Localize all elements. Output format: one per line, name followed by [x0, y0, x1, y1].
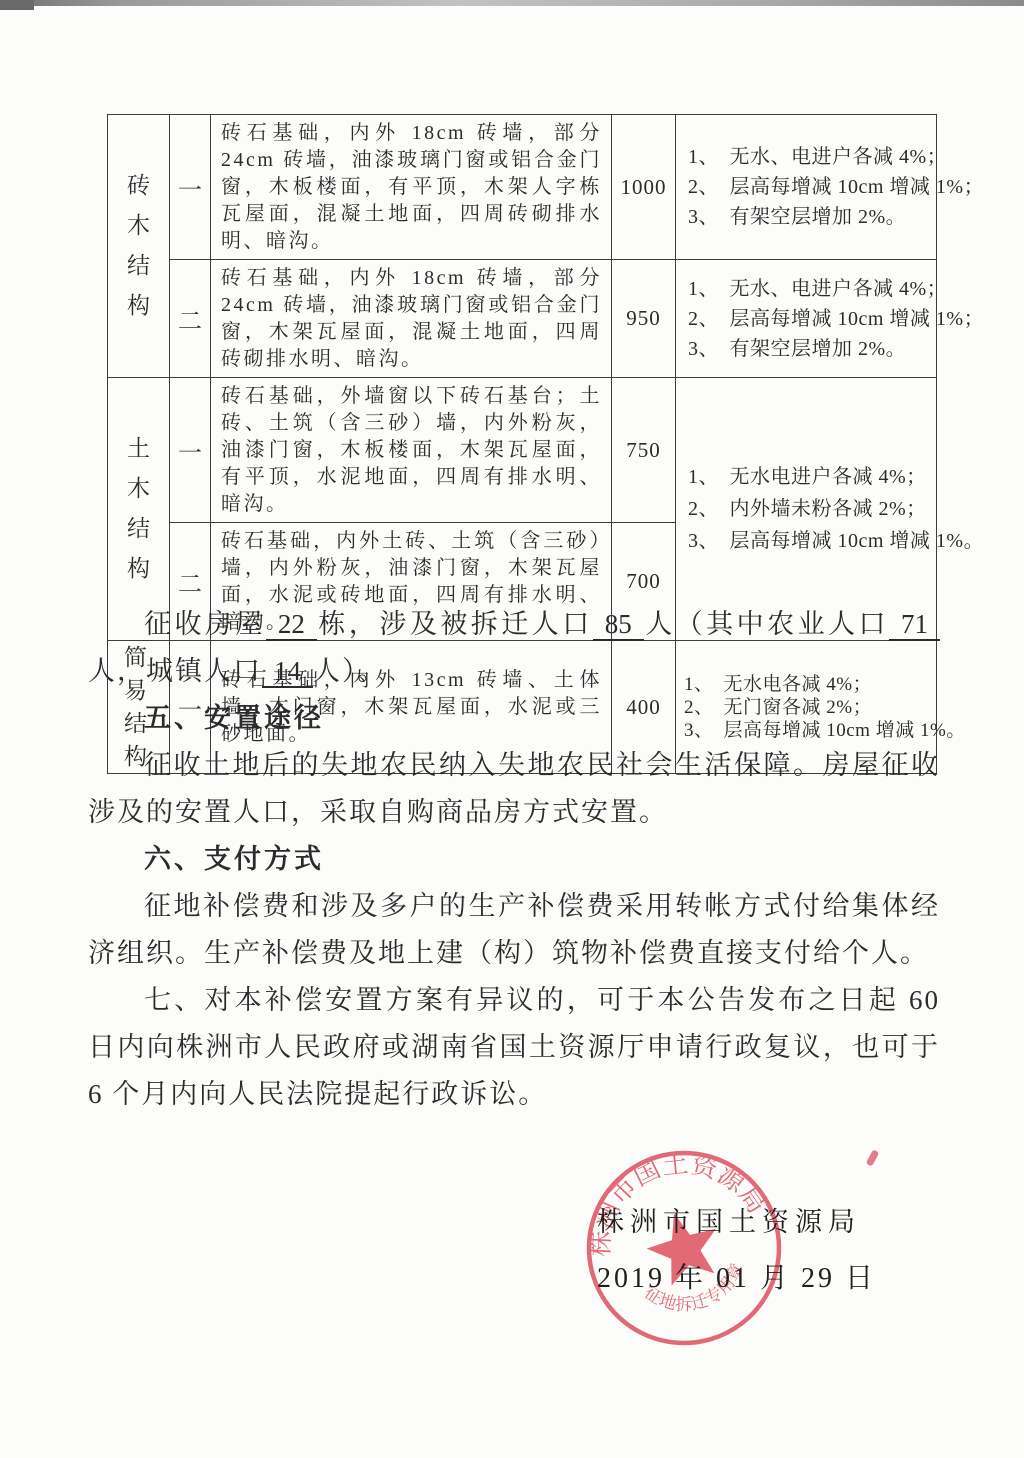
description-cell: 砖石基础，内外 18cm 砖墙，部分 24cm 砖墙，油漆玻璃门窗或铝合金门窗，…: [211, 115, 612, 260]
adjustment-line: 1、 无水、电进户各减 4%；: [688, 142, 934, 172]
grade-cell: 一: [170, 115, 211, 260]
census-text: 栋，涉及被拆迁人口: [317, 609, 593, 639]
table-row: 砖木结构 一 砖石基础，内外 18cm 砖墙，部分 24cm 砖墙，油漆玻璃门窗…: [108, 115, 937, 260]
seal-ink-smudge: [866, 1149, 880, 1166]
urban-count: 14: [262, 656, 313, 688]
price-cell: 1000: [612, 115, 676, 260]
scan-artifact-corner: [0, 0, 34, 10]
census-paragraph: 征收房屋22栋，涉及被拆迁人口85人（其中农业人口71人，城镇人口14人）。: [88, 601, 940, 695]
grade-cell: 一: [170, 378, 211, 523]
adjustment-line: 1、 无水、电进户各减 4%；: [688, 274, 934, 304]
agricultural-count: 71: [889, 609, 940, 641]
buildings-count: 22: [266, 609, 317, 641]
description-text: 砖石基础，外墙窗以下砖石基台；土砖、土筑（含三砂）墙，内外粉灰，油漆门窗，木板楼…: [211, 378, 611, 522]
adjustment-line: 2、 层高每增减 10cm 增减 1%；: [688, 304, 934, 334]
issue-date: 2019 年 01 月 29 日: [597, 1256, 876, 1296]
grade-cell: 二: [170, 260, 211, 378]
signature-block: 株洲市国土资源局 2019 年 01 月 29 日: [597, 1200, 876, 1296]
issuing-authority: 株洲市国土资源局: [597, 1200, 876, 1239]
adjustment-line: 3、 层高每增减 10cm 增减 1%。: [688, 525, 934, 557]
description-text: 砖石基础，内外 18cm 砖墙，部分 24cm 砖墙，油漆玻璃门窗或铝合金门窗，…: [211, 260, 611, 377]
census-text: 征收房屋: [144, 609, 266, 639]
section-heading-5: 五、安置途径: [88, 695, 940, 742]
census-text: 人）。: [313, 656, 387, 686]
price-cell: 750: [612, 378, 676, 523]
people-count: 85: [593, 609, 644, 641]
document-page: 砖木结构 一 砖石基础，内外 18cm 砖墙，部分 24cm 砖墙，油漆玻璃门窗…: [0, 0, 1024, 1458]
paragraph-payment: 征地补偿费和涉及多户的生产补偿费采用转帐方式付给集体经济组织。生产补偿费及地上建…: [88, 883, 940, 977]
paragraph-objection: 七、对本补偿安置方案有异议的，可于本公告发布之日起 60 日内向株洲市人民政府或…: [88, 977, 940, 1118]
adjustments-cell: 1、 无水、电进户各减 4%； 2、 层高每增减 10cm 增减 1%； 3、 …: [676, 115, 937, 260]
description-cell: 砖石基础，内外 18cm 砖墙，部分 24cm 砖墙，油漆玻璃门窗或铝合金门窗，…: [211, 260, 612, 378]
adjustment-line: 2、 内外墙未粉各减 2%；: [688, 493, 934, 525]
description-cell: 砖石基础，外墙窗以下砖石基台；土砖、土筑（含三砂）墙，内外粉灰，油漆门窗，木板楼…: [211, 378, 612, 523]
price-cell: 950: [612, 260, 676, 378]
census-text: 人，城镇人口: [88, 656, 262, 686]
adjustment-line: 3、 有架空层增加 2%。: [688, 202, 934, 232]
table-row: 土木结构 一 砖石基础，外墙窗以下砖石基台；土砖、土筑（含三砂）墙，内外粉灰，油…: [108, 378, 937, 523]
adjustment-line: 2、 层高每增减 10cm 增减 1%；: [688, 172, 934, 202]
structure-type-label: 土木结构: [126, 429, 152, 589]
adjustments-cell: 1、 无水、电进户各减 4%； 2、 层高每增减 10cm 增减 1%； 3、 …: [676, 260, 937, 378]
table-row: 二 砖石基础，内外 18cm 砖墙，部分 24cm 砖墙，油漆玻璃门窗或铝合金门…: [108, 260, 937, 378]
description-text: 砖石基础，内外 18cm 砖墙，部分 24cm 砖墙，油漆玻璃门窗或铝合金门窗，…: [211, 115, 611, 259]
adjustment-line: 1、 无水电进户各减 4%；: [688, 461, 934, 493]
section-heading-6: 六、支付方式: [88, 836, 940, 883]
census-text: 人（其中农业人口: [644, 609, 889, 639]
structure-type-cell: 砖木结构: [108, 115, 170, 378]
adjustment-line: 3、 有架空层增加 2%。: [688, 334, 934, 364]
structure-type-label: 砖木结构: [126, 166, 152, 326]
scan-artifact-top: [0, 0, 1024, 6]
paragraph-resettlement: 征收土地后的失地农民纳入失地农民社会生活保障。房屋征收涉及的安置人口，采取自购商…: [88, 742, 940, 836]
document-body: 征收房屋22栋，涉及被拆迁人口85人（其中农业人口71人，城镇人口14人）。 五…: [88, 601, 940, 1118]
